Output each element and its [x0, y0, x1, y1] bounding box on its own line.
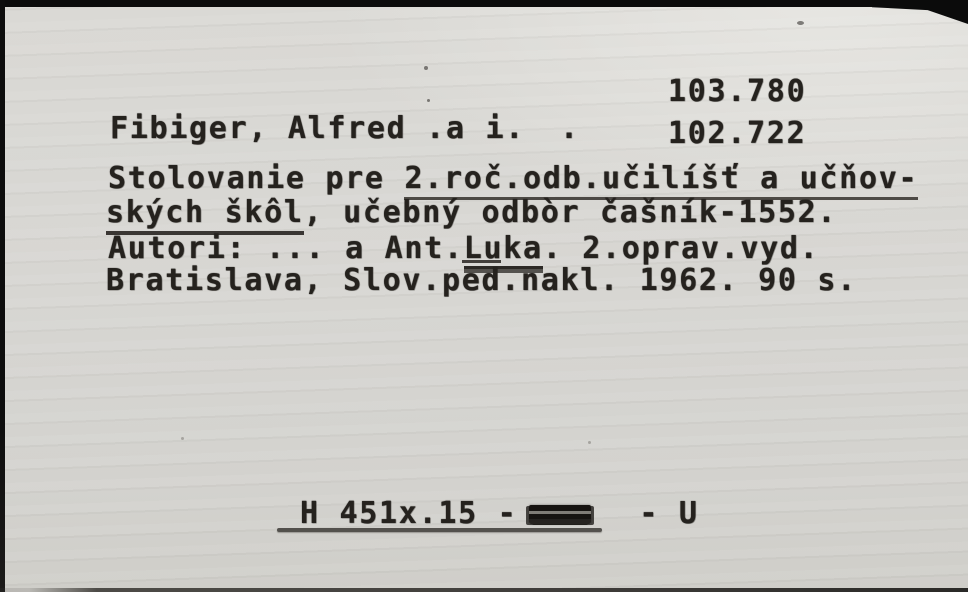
statement-rest: . 2.oprav.vyd. — [543, 231, 820, 266]
title-line-2-rest: , učebný odbòr čašník-1552. — [304, 195, 838, 230]
call-number-base: H 451x.15 - — [300, 496, 517, 531]
ink-speck — [181, 437, 184, 440]
scan-edge-bottom — [0, 588, 968, 592]
overstrike-blob-icon — [529, 505, 591, 524]
imprint-line: Bratislava, Slov.ped.nakl. 1962. 90 s. — [106, 265, 857, 297]
scan-edge-left — [0, 0, 5, 592]
stray-typed-dot: . — [560, 113, 580, 145]
author-name: Fibiger, Alfred .a i. — [110, 111, 525, 146]
accession-number-top-value: 103.780 — [668, 74, 806, 109]
imprint-rest: .nakl. 1962. 90 s. — [501, 263, 857, 298]
call-number-line: H 451x.15 -- U — [300, 498, 699, 530]
statement-pre: Autori: ... a Ant. — [108, 231, 464, 266]
library-catalog-card: 103.780 Fibiger, Alfred .a i. . 102.722 … — [0, 0, 968, 592]
ink-speck — [797, 21, 804, 25]
scan-edge-corner — [872, 0, 968, 24]
author-heading: Fibiger, Alfred .a i. — [110, 113, 525, 145]
imprint-pre: Bratislava, Slov.p — [106, 263, 462, 298]
scan-edge-top — [0, 0, 968, 7]
title-line-2-underlined: ských škôl — [106, 195, 304, 235]
ink-speck — [588, 441, 591, 444]
ink-speck — [424, 66, 428, 70]
accession-number-bottom-value: 102.722 — [668, 116, 806, 151]
accession-number-bottom: 102.722 — [668, 118, 806, 150]
title-line-1-pre: Stolovanie pre — [108, 161, 404, 196]
call-number-suffix: - U — [639, 496, 698, 531]
ink-speck — [427, 99, 430, 102]
accession-number-top: 103.780 — [668, 76, 806, 108]
imprint-overlined: ed — [462, 260, 502, 298]
title-line-1: Stolovanie pre 2.roč.odb.učilíšť a učňov… — [108, 163, 918, 195]
title-line-2: ských škôl, učebný odbòr čašník-1552. — [106, 197, 837, 229]
